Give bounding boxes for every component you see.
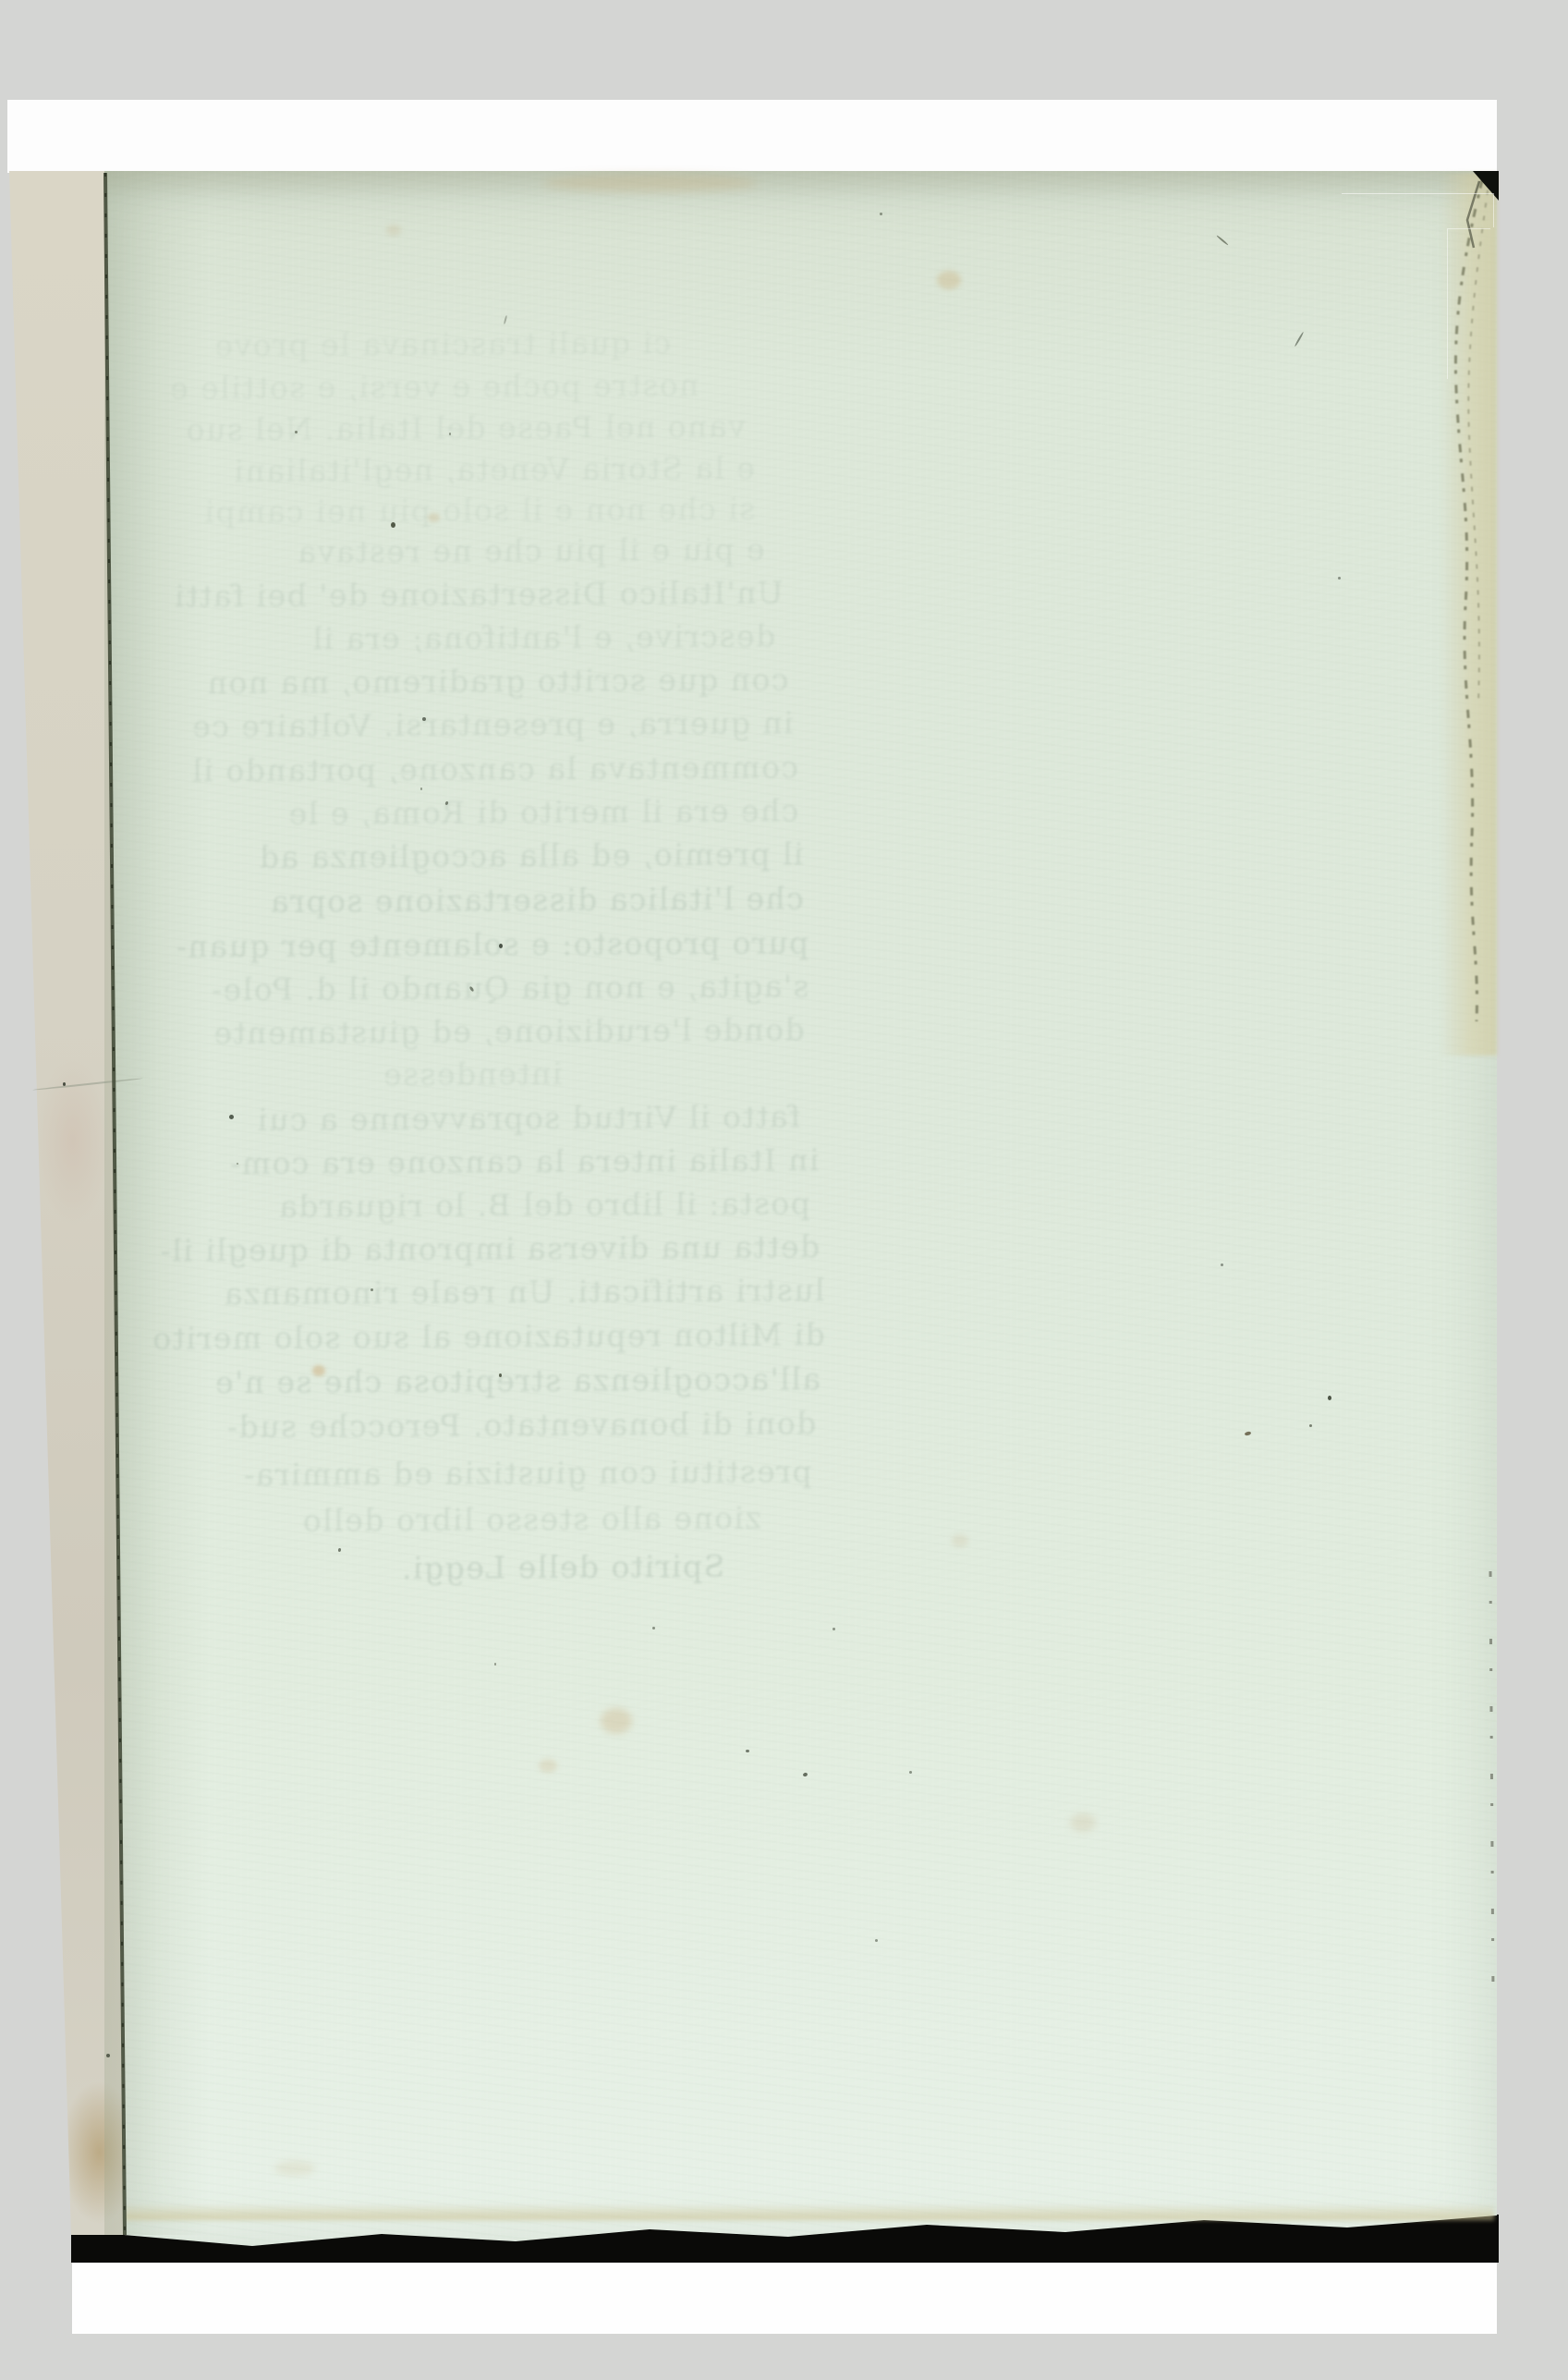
- page-bottom-deckle-lip: [125, 2203, 1494, 2220]
- book-page: [104, 171, 1497, 2255]
- scan-artifact-hairline-2: [1447, 228, 1490, 379]
- page-top-shade: [104, 171, 1497, 199]
- scan-artifact-hairline-1: [1342, 193, 1494, 227]
- scan-bed-white-band: [7, 100, 1497, 173]
- scan-bed-white-strip-bottom: [72, 2263, 1497, 2334]
- page-gutter-shade: [104, 171, 208, 2235]
- scanned-page-viewer: ci quali trascinava le provenostre poche…: [0, 0, 1568, 2380]
